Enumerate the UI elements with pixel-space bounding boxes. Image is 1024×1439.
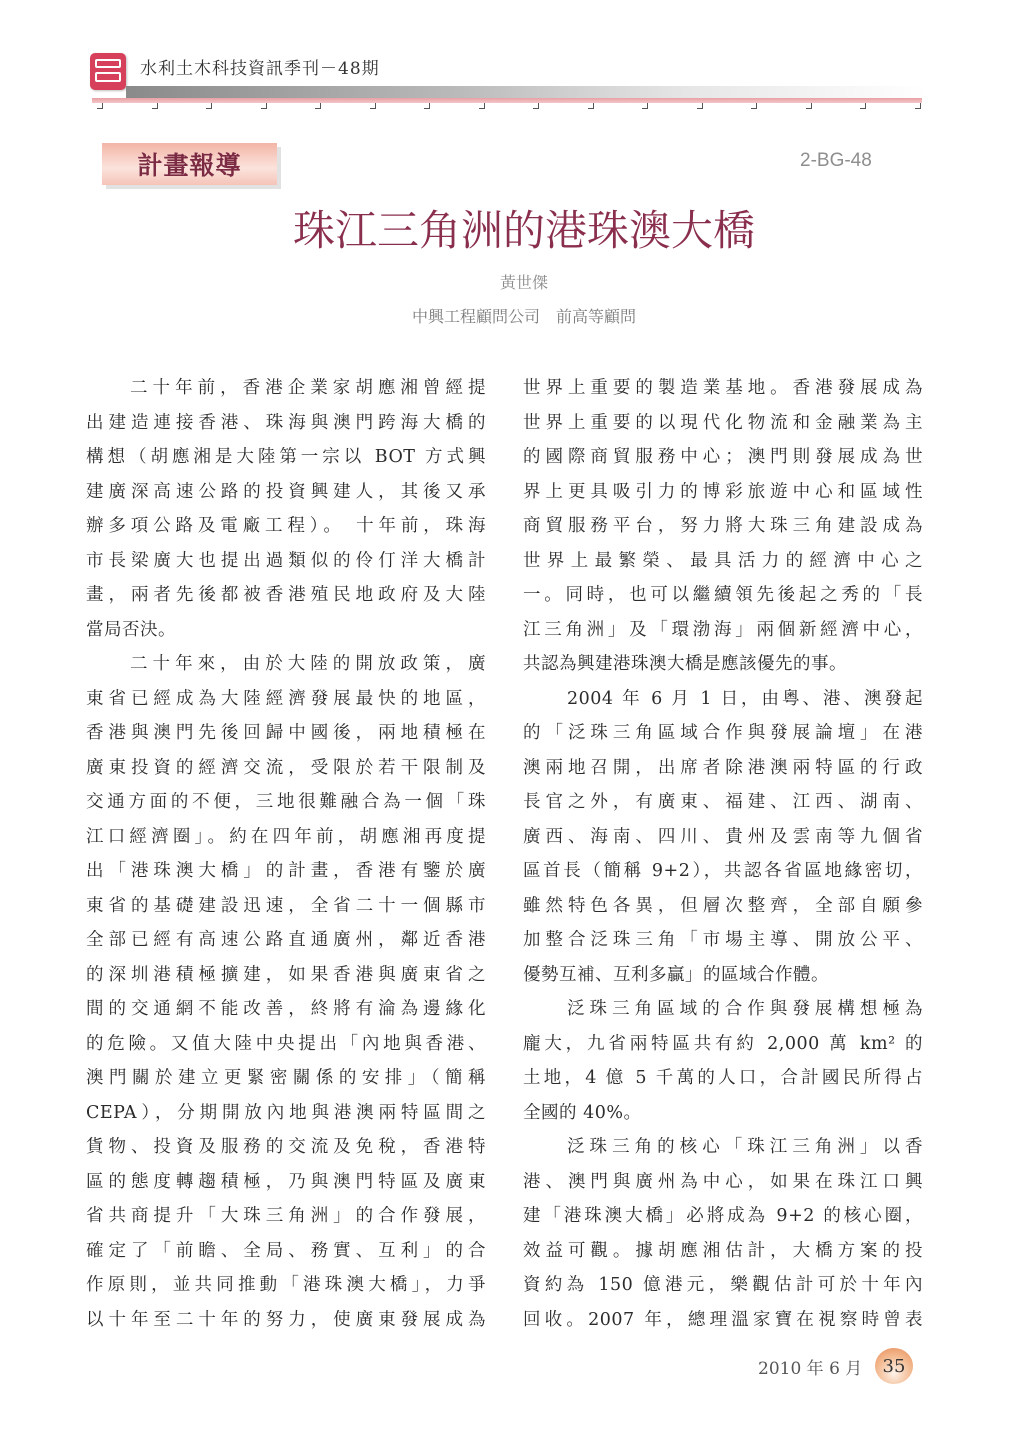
text-line: 回收。2007 年，總理溫家寶在視察時曾表: [523, 1303, 923, 1338]
text-line: 界上更具吸引力的博彩旅遊中心和區域性: [523, 475, 923, 510]
text-line: 全國的 40%。: [523, 1096, 923, 1131]
logo-bar-bottom: [95, 72, 121, 82]
tick-mark-icon: [479, 103, 485, 109]
text-line: 二十年前，香港企業家胡應湘曾經提: [86, 371, 486, 406]
text-line: 建廣深高速公路的投資興建人，其後又承: [86, 475, 486, 510]
journal-logo-icon: [90, 53, 126, 90]
text-line: 世界上重要的製造業基地。香港發展成為: [523, 371, 923, 406]
text-line: 效益可觀。據胡應湘估計，大橋方案的投: [523, 1234, 923, 1269]
text-line: 加整合泛珠三角「市場主導、開放公平、: [523, 923, 923, 958]
text-line: 交通方面的不便，三地很難融合為一個「珠: [86, 785, 486, 820]
text-line: 市長梁廣大也提出過類似的伶仃洋大橋計: [86, 544, 486, 579]
header-red-rule: [92, 98, 922, 103]
text-line: 區首長（簡稱 9+2），共認各省區地緣密切，: [523, 854, 923, 889]
text-line: 港、澳門與廣州為中心，如果在珠江口興: [523, 1165, 923, 1200]
text-line: 澳兩地召開，出席者除港澳兩特區的行政: [523, 751, 923, 786]
text-line: 作原則，並共同推動「港珠澳大橋」，力爭: [86, 1268, 486, 1303]
text-line: 世界上最繁榮、最具活力的經濟中心之: [523, 544, 923, 579]
tick-mark-icon: [751, 103, 757, 109]
tick-mark-icon: [315, 103, 321, 109]
text-line: 商貿服務平台，努力將大珠三角建設成為: [523, 509, 923, 544]
header-gray-band: [126, 86, 926, 98]
tick-mark-icon: [860, 103, 866, 109]
text-line: 廣東投資的經濟交流，受限於若干限制及: [86, 751, 486, 786]
text-line: 世界上重要的以現代化物流和金融業為主: [523, 406, 923, 441]
text-line: 省共商提升「大珠三角洲」的合作發展，: [86, 1199, 486, 1234]
issue-date: 2010 年 6 月: [758, 1354, 862, 1379]
text-line: 泛珠三角的核心「珠江三角洲」以香: [523, 1130, 923, 1165]
text-line: 香港與澳門先後回歸中國後，兩地積極在: [86, 716, 486, 751]
logo-bar-top: [95, 59, 121, 68]
text-line: 共認為興建港珠澳大橋是應該優先的事。: [523, 647, 923, 682]
article-title: 珠江三角洲的港珠澳大橋: [0, 198, 1024, 258]
text-line: 泛珠三角區域的合作與發展構想極為: [523, 992, 923, 1027]
text-line: 江三角洲」及「環渤海」兩個新經濟中心，: [523, 613, 923, 648]
text-line: 確定了「前瞻、全局、務實、互利」的合: [86, 1234, 486, 1269]
text-line: 長官之外，有廣東、福建、江西、湖南、: [523, 785, 923, 820]
text-line: CEPA），分期開放內地與港澳兩特區間之: [86, 1096, 486, 1131]
text-line: 貨物、投資及服務的交流及免稅，香港特: [86, 1130, 486, 1165]
document-code: 2-BG-48: [800, 150, 872, 172]
tick-mark-icon: [261, 103, 267, 109]
text-line: 全部已經有高速公路直通廣州，鄰近香港: [86, 923, 486, 958]
section-tag: 計畫報導: [102, 143, 277, 185]
tick-mark-icon: [97, 103, 103, 109]
tick-mark-icon: [806, 103, 812, 109]
text-line: 廣西、海南、四川、貴州及雲南等九個省: [523, 820, 923, 855]
text-line: 二十年來，由於大陸的開放政策，廣: [86, 647, 486, 682]
text-line: 構想（胡應湘是大陸第一宗以 BOT 方式興: [86, 440, 486, 475]
author-name: 黃世傑: [0, 270, 1024, 293]
text-line: 區的態度轉趨積極，乃與澳門特區及廣東: [86, 1165, 486, 1200]
text-line: 東省已經成為大陸經濟發展最快的地區，: [86, 682, 486, 717]
tick-mark-icon: [915, 103, 921, 109]
text-line: 雖然特色各異，但層次整齊，全部自願參: [523, 889, 923, 924]
tick-mark-icon: [533, 103, 539, 109]
text-line: 出建造連接香港、珠海與澳門跨海大橋的: [86, 406, 486, 441]
tick-mark-icon: [588, 103, 594, 109]
text-line: 的危險。又值大陸中央提出「內地與香港、: [86, 1027, 486, 1062]
body-column-left: 二十年前，香港企業家胡應湘曾經提出建造連接香港、珠海與澳門跨海大橋的構想（胡應湘…: [86, 371, 486, 1337]
page-number-badge: 35: [875, 1348, 913, 1384]
tick-mark-icon: [697, 103, 703, 109]
text-line: 土地，4 億 5 千萬的人口，合計國民所得占: [523, 1061, 923, 1096]
journal-title: 水利土木科技資訊季刊－48期: [140, 54, 380, 79]
tick-mark-icon: [424, 103, 430, 109]
tick-mark-icon: [152, 103, 158, 109]
text-line: 畫，兩者先後都被香港殖民地政府及大陸: [86, 578, 486, 613]
text-line: 江口經濟圈」。約在四年前，胡應湘再度提: [86, 820, 486, 855]
text-line: 間的交通網不能改善，終將有淪為邊緣化: [86, 992, 486, 1027]
text-line: 的國際商貿服務中心；澳門則發展成為世: [523, 440, 923, 475]
text-line: 優勢互補、互利多贏」的區域合作體。: [523, 958, 923, 993]
text-line: 澳門關於建立更緊密關係的安排」（簡稱: [86, 1061, 486, 1096]
text-line: 建「港珠澳大橋」必將成為 9+2 的核心圈，: [523, 1199, 923, 1234]
text-line: 東省的基礎建設迅速，全省二十一個縣市: [86, 889, 486, 924]
text-line: 資約為 150 億港元，樂觀估計可於十年內: [523, 1268, 923, 1303]
author-affiliation: 中興工程顧問公司 前高等顧問: [0, 304, 1024, 327]
text-line: 龐大，九省兩特區共有約 2,000 萬 km² 的: [523, 1027, 923, 1062]
tick-mark-icon: [370, 103, 376, 109]
tick-mark-icon: [642, 103, 648, 109]
text-line: 一。同時，也可以繼續領先後起之秀的「長: [523, 578, 923, 613]
page-number: 35: [883, 1356, 906, 1377]
text-line: 以十年至二十年的努力，使廣東發展成為: [86, 1303, 486, 1338]
text-line: 辦多項公路及電廠工程）。 十年前，珠海: [86, 509, 486, 544]
text-line: 出「港珠澳大橋」的計畫，香港有鑒於廣: [86, 854, 486, 889]
tick-mark-icon: [206, 103, 212, 109]
text-line: 的「泛珠三角區域合作與發展論壇」在港: [523, 716, 923, 751]
text-line: 2004 年 6 月 1 日，由粵、港、澳發起: [523, 682, 923, 717]
section-tag-label: 計畫報導: [137, 146, 241, 182]
text-line: 當局否決。: [86, 613, 486, 648]
text-line: 的深圳港積極擴建，如果香港與廣東省之: [86, 958, 486, 993]
body-column-right: 世界上重要的製造業基地。香港發展成為世界上重要的以現代化物流和金融業為主的國際商…: [523, 371, 923, 1337]
